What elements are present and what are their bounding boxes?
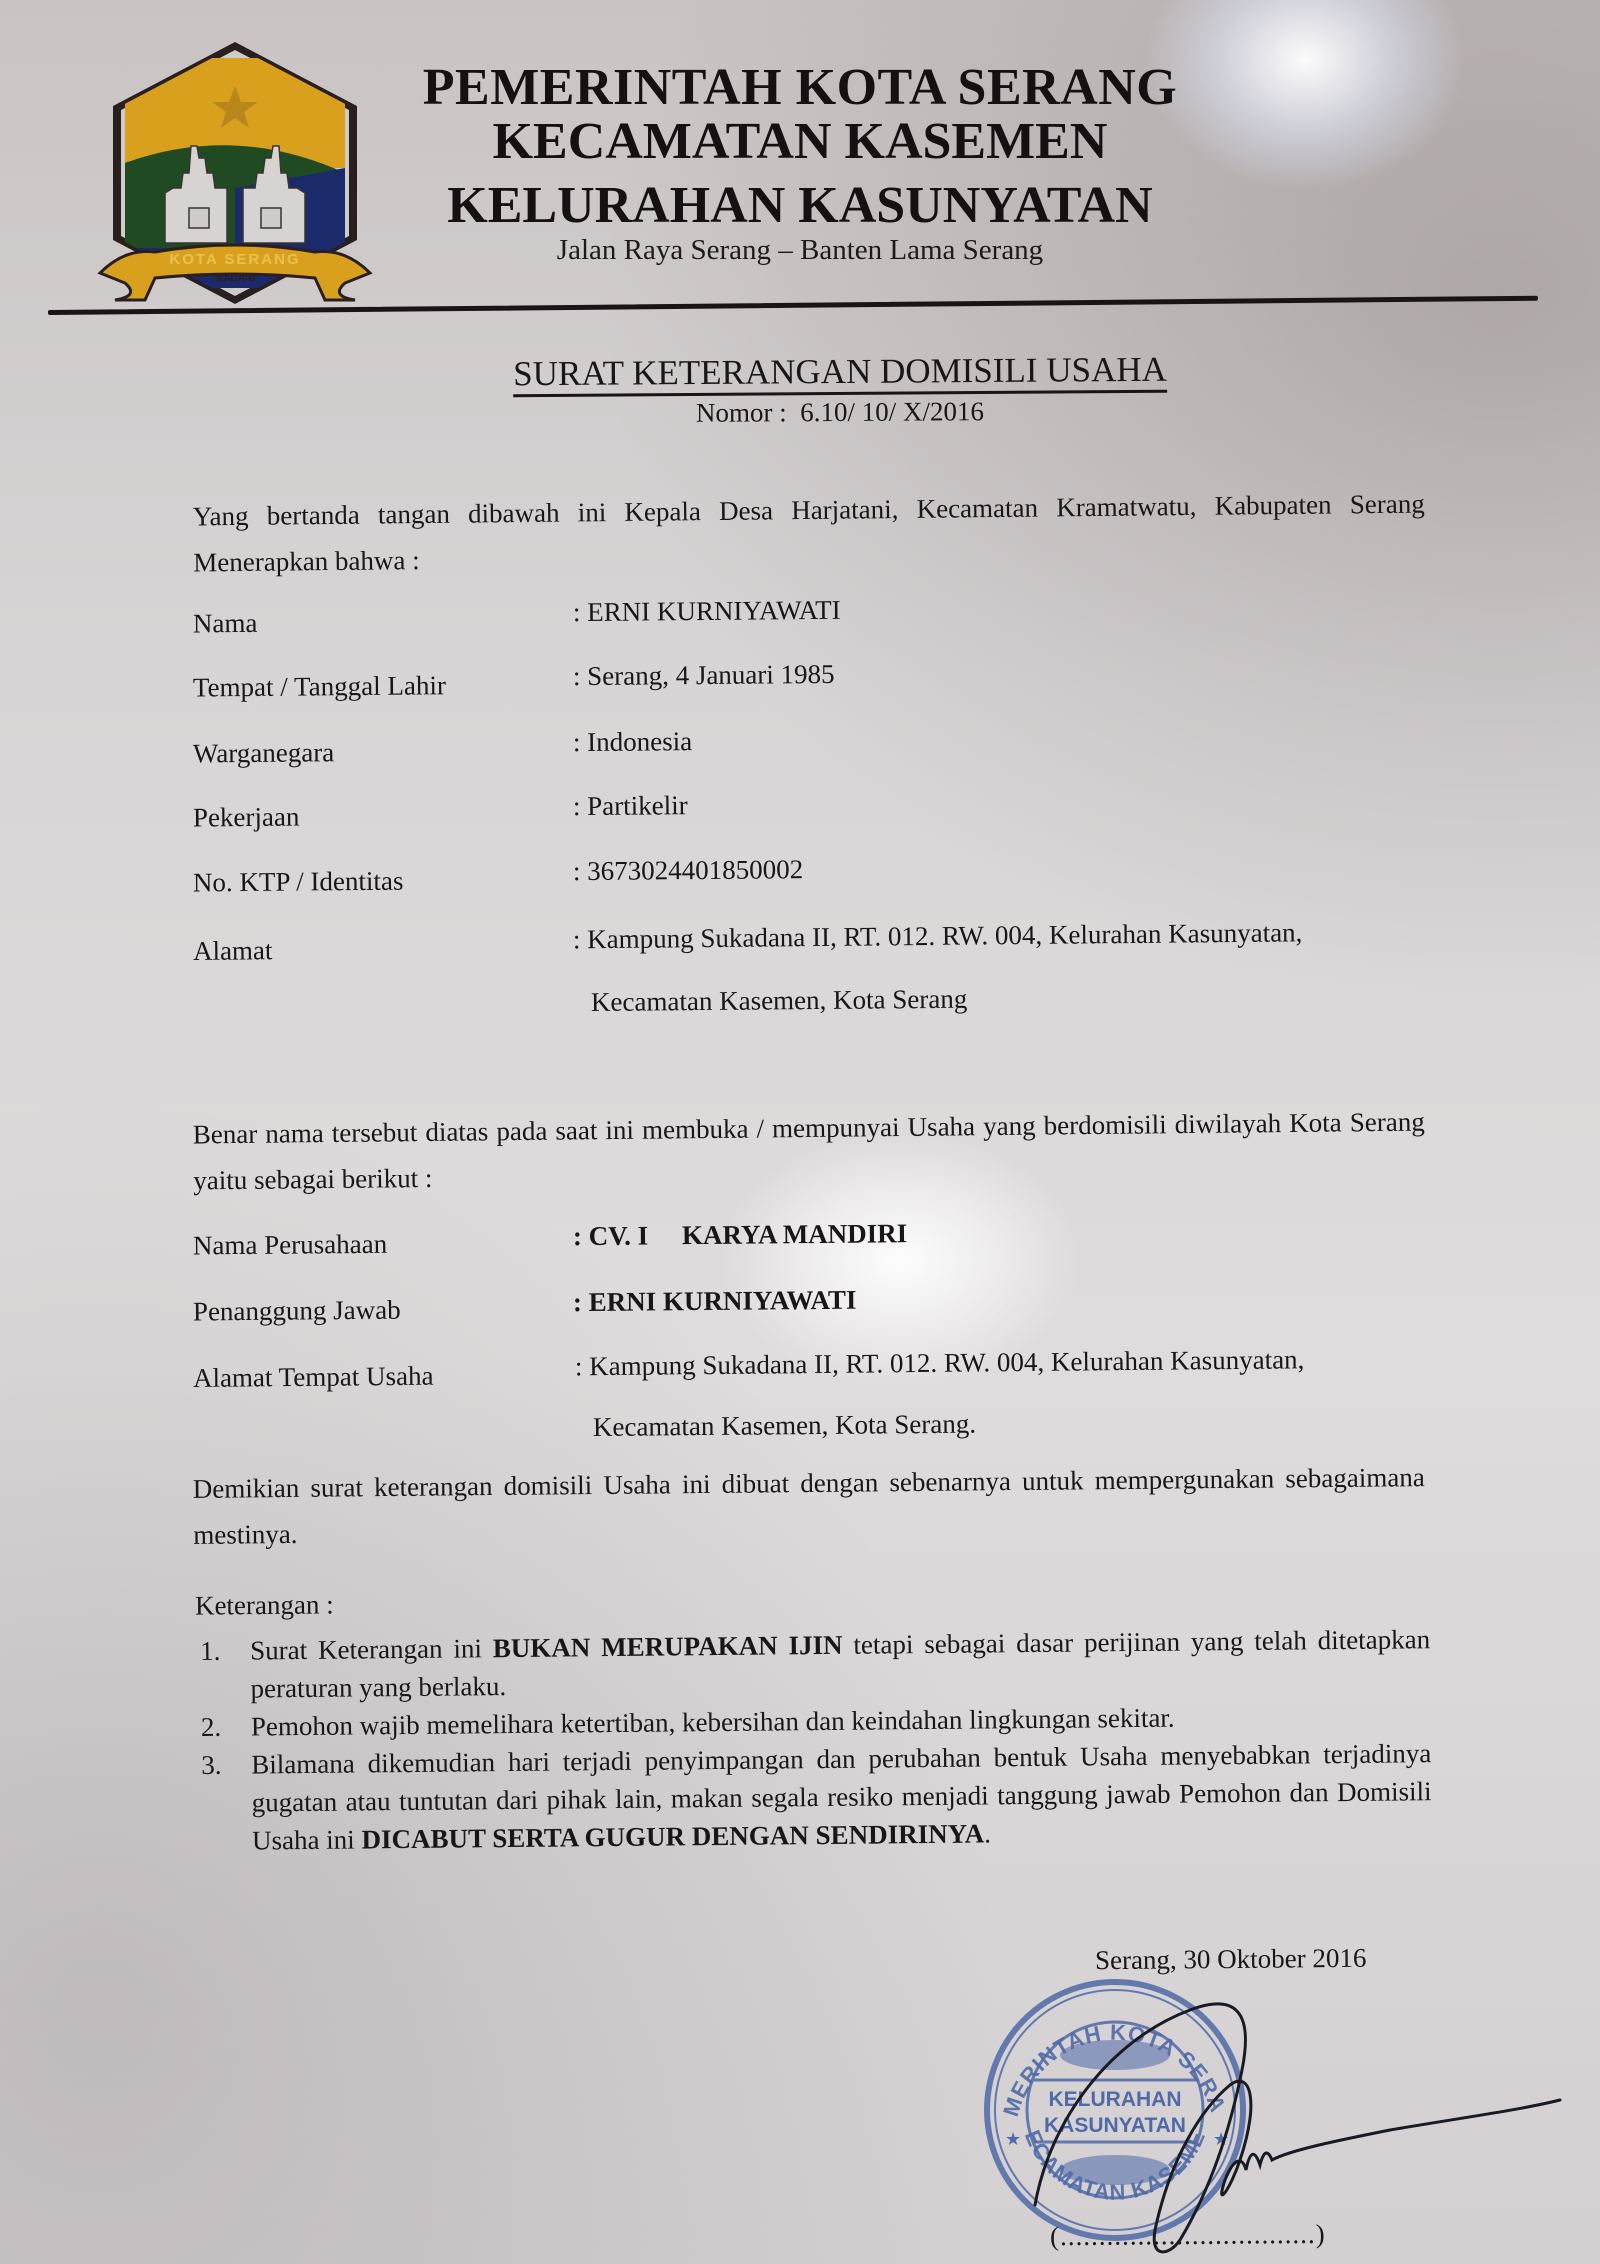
notes-list: 1.Surat Keterangan ini BUKAN MERUPAKAN I… — [200, 1620, 1432, 1860]
note-text: Pemohon wajib memelihara ketertiban, keb… — [251, 1703, 1175, 1742]
field-value: : Kampung Sukadana II, RT. 012. RW. 004,… — [573, 917, 1303, 955]
field-alamat: Alamat : Kampung Sukadana II, RT. 012. R… — [193, 924, 1443, 976]
field-no-ktp: No. KTP / Identitas : 3673024401850002 — [193, 857, 1443, 908]
business-intro-paragraph: Benar nama tersebut diatas pada saat ini… — [193, 1099, 1426, 1204]
svg-text:KOTA SERANG: KOTA SERANG — [169, 251, 300, 268]
field-label: Pekerjaan — [193, 802, 300, 834]
kota-serang-emblem-icon: KOTA SERANG MADANI — [95, 38, 375, 308]
field-label: Nama — [193, 608, 258, 640]
document-title: SURAT KETERANGAN DOMISILI USAHA — [440, 349, 1240, 395]
field-alamat-line2: Kecamatan Kasemen, Kota Serang — [193, 980, 1443, 1031]
note-text: Surat Keterangan ini — [250, 1633, 493, 1665]
intro-paragraph: Yang bertanda tangan dibawah ini Kepala … — [193, 481, 1426, 586]
field-label: Warganegara — [193, 737, 335, 769]
document-title-text: SURAT KETERANGAN DOMISILI USAHA — [513, 350, 1167, 398]
field-value: : ERNI KURNIYAWATI — [573, 1285, 857, 1318]
field-warganegara: Warganegara : Indonesia — [193, 728, 1443, 779]
note-emphasis: DICABUT SERTA GUGUR DENGAN SENDIRINYA — [361, 1818, 984, 1854]
note-number: 3. — [201, 1746, 222, 1784]
field-value: Kecamatan Kasemen, Kota Serang. — [593, 1409, 976, 1443]
letterhead-subdistrict: KELURAHAN KASUNYATAN — [400, 176, 1200, 235]
document-number: Nomor : 6.10/ 10/ X/2016 — [440, 395, 1240, 430]
field-label: Tempat / Tanggal Lahir — [193, 670, 446, 703]
field-label: Alamat — [193, 935, 273, 967]
field-nama-perusahaan: Nama Perusahaan : CV. I KARYA MANDIRI — [193, 1220, 1443, 1271]
field-label: Alamat Tempat Usaha — [193, 1361, 434, 1394]
notes-label: Keterangan : — [195, 1589, 334, 1621]
field-value: : Indonesia — [573, 726, 693, 758]
letterhead-government: PEMERINTAH KOTA SERANG — [400, 58, 1200, 117]
svg-text:MADANI: MADANI — [215, 273, 255, 284]
note-item: 1.Surat Keterangan ini BUKAN MERUPAKAN I… — [200, 1620, 1431, 1708]
field-pekerjaan: Pekerjaan : Partikelir — [193, 792, 1443, 843]
field-nama: Nama : ERNI KURNIYAWATI — [193, 598, 1443, 649]
field-alamat-tempat-usaha-line2: Kecamatan Kasemen, Kota Serang. — [193, 1405, 1443, 1456]
note-emphasis: BUKAN MERUPAKAN IJIN — [493, 1630, 843, 1663]
field-tempat-tanggal-lahir: Tempat / Tanggal Lahir : Serang, 4 Janua… — [193, 662, 1443, 713]
field-value: : Serang, 4 Januari 1985 — [573, 659, 835, 692]
field-label: Nama Perusahaan — [193, 1229, 387, 1262]
field-label: No. KTP / Identitas — [193, 866, 404, 899]
letterhead-address: Jalan Raya Serang – Banten Lama Serang — [400, 234, 1200, 267]
document-page: KOTA SERANG MADANI PEMERINTAH KOTA SERAN… — [0, 0, 1600, 2264]
document-number-label: Nomor : — [696, 397, 787, 427]
note-number: 1. — [200, 1632, 221, 1670]
field-value: : 3673024401850002 — [573, 854, 804, 887]
document-number-value: 6.10/ 10/ X/2016 — [800, 396, 984, 427]
field-label: Penanggung Jawab — [193, 1295, 401, 1328]
note-text: . — [984, 1818, 991, 1848]
handwritten-signature-icon — [960, 1960, 1600, 2260]
note-number: 2. — [201, 1708, 222, 1746]
field-value: Kecamatan Kasemen, Kota Serang — [591, 984, 968, 1018]
closing-paragraph: Demikian surat keterangan domisili Usaha… — [193, 1454, 1426, 1558]
note-item: 3.Bilamana dikemudian hari terjadi penyi… — [201, 1734, 1432, 1860]
field-alamat-tempat-usaha: Alamat Tempat Usaha : Kampung Sukadana I… — [193, 1351, 1443, 1403]
field-value: : Partikelir — [573, 790, 688, 822]
field-value: : CV. I KARYA MANDIRI — [573, 1218, 908, 1252]
field-value: : ERNI KURNIYAWATI — [573, 595, 841, 628]
field-value: : Kampung Sukadana II, RT. 012. RW. 004,… — [575, 1344, 1305, 1382]
letterhead-district: KECAMATAN KASEMEN — [400, 112, 1200, 171]
field-penanggung-jawab: Penanggung Jawab : ERNI KURNIYAWATI — [193, 1286, 1443, 1337]
